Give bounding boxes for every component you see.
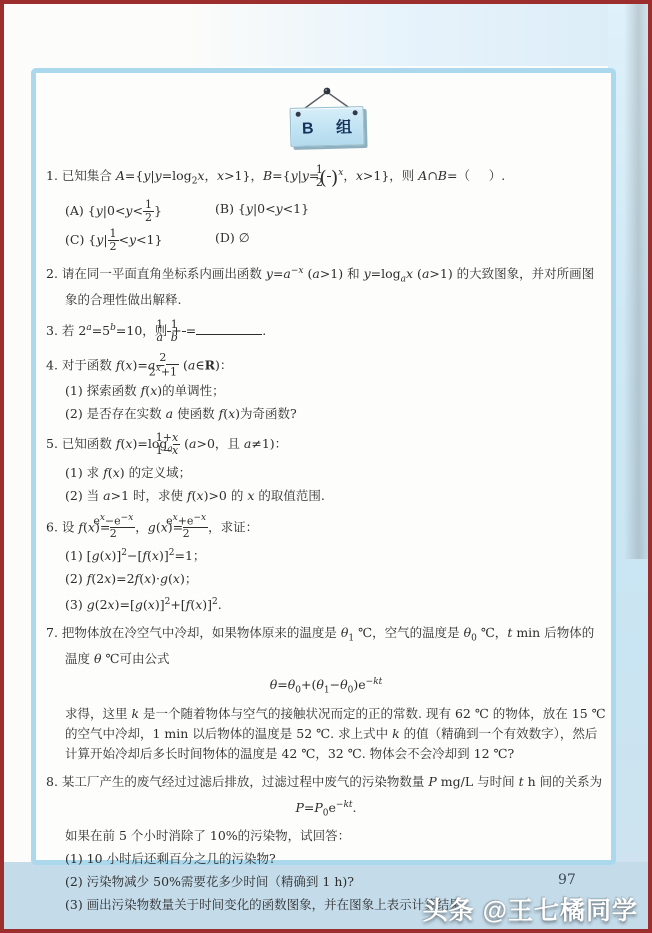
sign-plaque: B 组: [290, 106, 365, 147]
textbook-page: B 组 1. 已知集合 A={y|y=log2x，x>1}，B={y|y=(12…: [0, 0, 652, 933]
question-5-part-1: (1) 求 f(x) 的定义域；: [46, 463, 606, 483]
question-6-part-3: (3) g(2x)=[g(x)]2+[f(x)]2.: [46, 592, 606, 615]
question-7: 7. 把物体放在冷空气中冷却，如果物体原来的温度是 θ1 ℃，空气的温度是 θ0…: [46, 623, 606, 669]
question-2: 2. 请在同一平面直角坐标系内画出函数 y=a−x (a>1) 和 y=loga…: [46, 261, 606, 310]
question-3: 3. 若 2a=5b=10，则1a+1b=.: [46, 318, 606, 344]
pin-icon: [296, 112, 301, 117]
question-1-options: (A) {y|0<y<12} (B) {y|0<y<1} (C) {y|12<y…: [46, 199, 606, 254]
question-6-part-1: (1) [g(x)]2−[f(x)]2=1；: [46, 543, 606, 566]
question-8-part-1: (1) 10 小时后还剩百分之几的污染物?: [46, 849, 606, 869]
question-8-intro: 如果在前 5 个小时消除了 10%的污染物，试回答：: [46, 826, 606, 846]
question-6: 6. 设 f(x)=ex−e−x2，g(x)=ex+e−x2，求证：: [46, 514, 606, 540]
question-7-continuation: 求得，这里 k 是一个随着物体与空气的接触状况而定的正的常数. 现有 62 ℃ …: [46, 704, 606, 764]
question-4: 4. 对于函数 f(x)=a−22x+1 (a∈R)：: [46, 352, 606, 378]
question-1: 1. 已知集合 A={y|y=log2x，x>1}，B={y|y=(12)x，x…: [46, 163, 606, 192]
page-edge-shadow: [624, 4, 648, 559]
exercise-content: 1. 已知集合 A={y|y=log2x，x>1}，B={y|y=(12)x，x…: [46, 155, 606, 915]
question-8-formula: P=P0e−kt.: [46, 795, 606, 824]
question-1-option-d: (D) ∅: [215, 228, 606, 253]
page-number: 97: [558, 872, 576, 888]
pin-icon: [353, 110, 358, 115]
section-label: B 组: [302, 114, 362, 139]
question-4-part-2: (2) 是否存在实数 a 使函数 f(x)为奇函数?: [46, 404, 606, 424]
question-8: 8. 某工厂产生的废气经过过滤后排放，过滤过程中废气的污染物数量 P mg/L …: [46, 772, 606, 792]
question-5-part-2: (2) 当 a>1 时，求使 f(x)>0 的 x 的取值范围.: [46, 486, 606, 506]
page-top-shading: [4, 4, 648, 66]
watermark: 头条 @王七橘同学: [423, 891, 638, 927]
question-6-part-2: (2) f(2x)=2f(x)·g(x)；: [46, 569, 606, 589]
question-1-option-c: (C) {y|12<y<1}: [65, 228, 215, 253]
question-4-part-1: (1) 探索函数 f(x)的单调性；: [46, 381, 606, 401]
question-8-part-2: (2) 污染物减少 50%需要花多少时间（精确到 1 h)?: [46, 872, 606, 892]
question-7-formula: θ=θ0+(θ1−θ0)e−kt: [46, 672, 606, 701]
question-1-option-b: (B) {y|0<y<1}: [215, 199, 606, 224]
question-5: 5. 已知函数 f(x)=loga1+x1−x (a>0，且 a≠1)：: [46, 432, 606, 459]
section-sign: B 组: [281, 84, 373, 154]
question-1-option-a: (A) {y|0<y<12}: [65, 199, 215, 224]
